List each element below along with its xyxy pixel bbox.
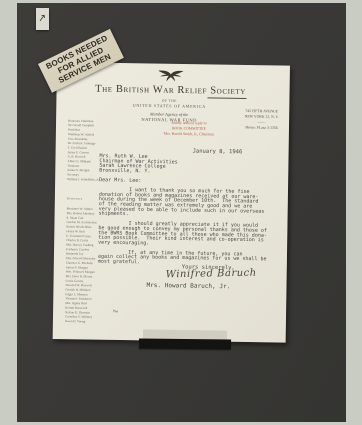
signer-typed-name: Mrs. Howard Baruch, Jr. bbox=[146, 281, 230, 289]
letter-paper: The British War Relief Society OF THE UN… bbox=[53, 62, 290, 343]
typist-initials: hw bbox=[113, 309, 118, 314]
handwritten-signature: Winifred Baruch bbox=[166, 268, 257, 281]
scanned-letter-scene: ↗ The British War Relief Society OF THE … bbox=[0, 0, 362, 425]
caption-blackout-strip bbox=[139, 339, 231, 350]
letterhead-address-block: 745 FIFTH AVENUE NEW YORK 22, N. Y. —— P… bbox=[234, 108, 289, 131]
book-committee-reply-block: Kindly address reply to BOOK COMMITTEE M… bbox=[149, 119, 229, 137]
letterhead-title: The British War Relief Society bbox=[74, 83, 266, 97]
arrow-mark-icon: ↗ bbox=[38, 13, 48, 24]
corner-sticker: ↗ bbox=[36, 8, 49, 30]
date-line: January 8, 1946 bbox=[193, 148, 243, 155]
letter-body: Mrs. Ruth W. Lee Chairman of War Activit… bbox=[98, 154, 268, 267]
eagle-emblem-icon bbox=[157, 68, 185, 84]
